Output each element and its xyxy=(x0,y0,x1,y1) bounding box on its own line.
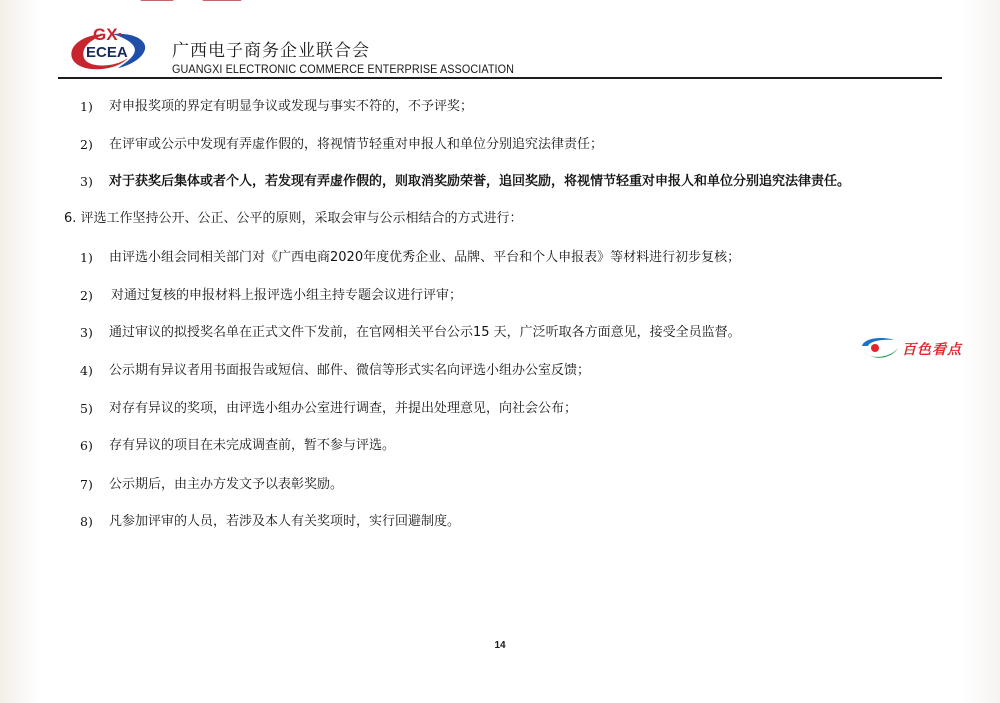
list-item-number: 2) xyxy=(80,137,93,153)
list-item-text: 对存有异议的奖项，由评选小组办公室进行调查，并提出处理意见，向社会公布； xyxy=(109,401,577,417)
list-item-number: 1) xyxy=(80,250,93,266)
list-item-number: 1) xyxy=(80,99,93,115)
letterhead: GX· ECEA 广西电子商务企业联合会 GUANGXI ELECTRONIC … xyxy=(0,0,1000,80)
gx-ecea-logo: GX· ECEA xyxy=(66,14,152,74)
list-item-number: 5) xyxy=(80,401,93,417)
list-item-text: 存有异议的项目在未完成调查前，暂不参与评选。 xyxy=(109,438,395,454)
watermark-logo-icon xyxy=(858,334,902,362)
list-item-text: 公示期后，由主办方发文予以表彰奖励。 xyxy=(109,477,343,493)
list-item-text: 由评选小组会同相关部门对《广西电商2020年度优秀企业、品牌、平台和个人申报表》… xyxy=(109,250,740,266)
gx-ecea-logo-icon: GX· ECEA xyxy=(66,14,152,74)
list-item-text: 在评审或公示中发现有弄虚作假的，将视情节轻重对申报人和单位分别追究法律责任； xyxy=(109,137,603,153)
header-divider xyxy=(58,77,942,79)
list-item-number: 7) xyxy=(80,477,93,493)
svg-text:ECEA: ECEA xyxy=(86,44,128,61)
list-item-text: 对通过复核的申报材料上报评选小组主持专题会议进行评审； xyxy=(111,288,462,304)
list-item-number: 3) xyxy=(80,174,93,190)
list-item-number: 3) xyxy=(80,325,93,341)
list-item-number: 6) xyxy=(80,438,93,454)
list-item-text: 对申报奖项的界定有明显争议或发现与事实不符的，不予评奖； xyxy=(109,99,473,115)
svg-text:GX·: GX· xyxy=(93,25,123,44)
watermark-text: 百色看点 xyxy=(902,339,962,359)
list-item-number: 8) xyxy=(80,514,93,530)
list-item-text: 凡参加评审的人员，若涉及本人有关奖项时，实行回避制度。 xyxy=(109,514,460,530)
org-name-cn: 广西电子商务企业联合会 xyxy=(172,36,370,61)
list-item-text: 对于获奖后集体或者个人，若发现有弄虚作假的，则取消奖励荣誉，追回奖励，将视情节轻… xyxy=(109,174,850,190)
section-heading: 6. 评选工作坚持公开、公正、公平的原则，采取会审与公示相结合的方式进行： xyxy=(64,211,523,227)
list-item-text: 公示期有异议者用书面报告或短信、邮件、微信等形式实名向评选小组办公室反馈； xyxy=(109,363,590,379)
list-item-text: 通过审议的拟授奖名单在正式文件下发前，在官网相关平台公示15 天，广泛听取各方面… xyxy=(109,325,741,341)
list-item-number: 4) xyxy=(80,363,93,379)
baise-kandian-watermark: 百色看点 xyxy=(858,334,1000,362)
list-item-number: 2) xyxy=(80,288,93,304)
page-number: 14 xyxy=(0,640,1000,651)
org-name-en: GUANGXI ELECTRONIC COMMERCE ENTERPRISE A… xyxy=(172,64,514,76)
